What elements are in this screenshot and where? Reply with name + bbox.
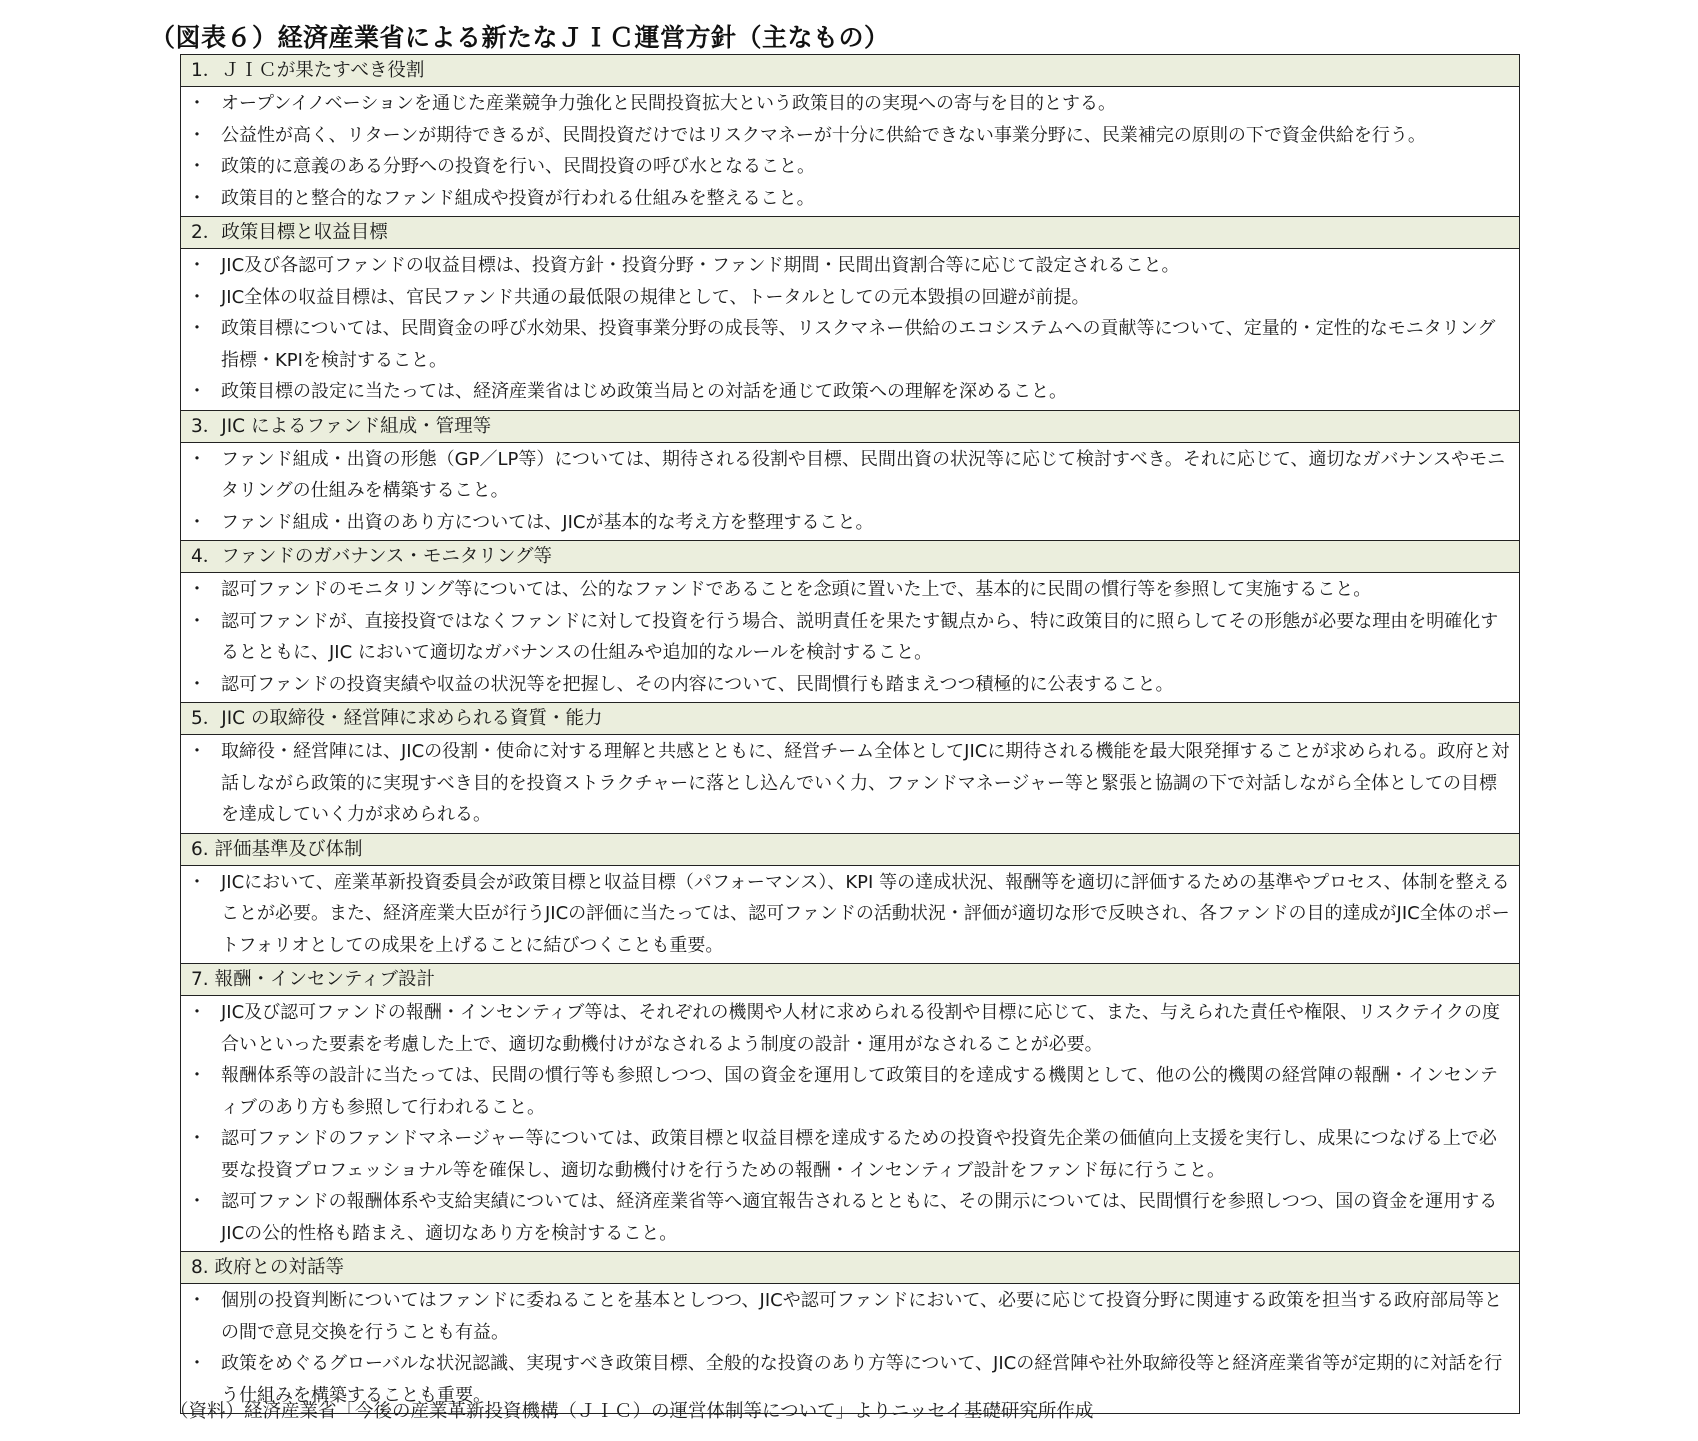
- bullet-icon: ・: [181, 120, 221, 152]
- list-item-text: 政策的に意義のある分野への投資を行い、民間投資の呼び水となること。: [221, 151, 1519, 183]
- list-item: ・認可ファンドのファンドマネージャー等については、政策目標と収益目標を達成するた…: [181, 1123, 1519, 1186]
- list-item: ・政策的に意義のある分野への投資を行い、民間投資の呼び水となること。: [181, 151, 1519, 183]
- bullet-icon: ・: [181, 151, 221, 183]
- list-item: ・取締役・経営陣には、JICの役割・使命に対する理解と共感とともに、経営チーム全…: [181, 736, 1519, 831]
- bullet-icon: ・: [181, 282, 221, 314]
- list-item-text: JICにおいて、産業革新投資委員会が政策目標と収益目標（パフォーマンス）、KPI…: [221, 867, 1519, 962]
- section-header: 8. 政府との対話等: [181, 1251, 1519, 1284]
- list-item: ・認可ファンドの報酬体系や支給実績については、経済産業省等へ適宜報告されるととも…: [181, 1186, 1519, 1249]
- source-note: （資料）経済産業省「今後の産業革新投資機構（ＪＩＣ）の運営体制等について」よりニ…: [170, 1397, 1093, 1423]
- list-item-text: 政策目標については、民間資金の呼び水効果、投資事業分野の成長等、リスクマネー供給…: [221, 313, 1519, 376]
- list-item: ・ファンド組成・出資の形態（GP／LP等）については、期待される役割や目標、民間…: [181, 444, 1519, 507]
- bullet-icon: ・: [181, 444, 221, 507]
- section-body: ・オープンイノベーションを通じた産業競争力強化と民間投資拡大という政策目的の実現…: [181, 87, 1519, 216]
- list-item-text: JIC全体の収益目標は、官民ファンド共通の最低限の規律として、トータルとしての元…: [221, 282, 1519, 314]
- bullet-icon: ・: [181, 88, 221, 120]
- list-item: ・政策目的と整合的なファンド組成や投資が行われる仕組みを整えること。: [181, 183, 1519, 215]
- section-body: ・JIC及び認可ファンドの報酬・インセンティブ等は、それぞれの機関や人材に求めら…: [181, 996, 1519, 1251]
- section-header: 2．政策目標と収益目標: [181, 216, 1519, 249]
- section-header: 1．ＪＩＣが果たすべき役割: [181, 55, 1519, 87]
- bullet-icon: ・: [181, 606, 221, 669]
- bullet-icon: ・: [181, 867, 221, 962]
- bullet-icon: ・: [181, 1123, 221, 1186]
- list-item: ・政策目標の設定に当たっては、経済産業省はじめ政策当局との対話を通じて政策への理…: [181, 376, 1519, 408]
- bullet-icon: ・: [181, 669, 221, 701]
- list-item: ・ファンド組成・出資のあり方については、JICが基本的な考え方を整理すること。: [181, 507, 1519, 539]
- list-item-text: ファンド組成・出資の形態（GP／LP等）については、期待される役割や目標、民間出…: [221, 444, 1519, 507]
- section-header: 6. 評価基準及び体制: [181, 833, 1519, 866]
- section-body: ・ファンド組成・出資の形態（GP／LP等）については、期待される役割や目標、民間…: [181, 443, 1519, 541]
- bullet-icon: ・: [181, 507, 221, 539]
- list-item-text: 認可ファンドのファンドマネージャー等については、政策目標と収益目標を達成するため…: [221, 1123, 1519, 1186]
- list-item-text: 認可ファンドの投資実績や収益の状況等を把握し、その内容について、民間慣行も踏まえ…: [221, 669, 1519, 701]
- list-item: ・認可ファンドの投資実績や収益の状況等を把握し、その内容について、民間慣行も踏ま…: [181, 669, 1519, 701]
- list-item: ・認可ファンドが、直接投資ではなくファンドに対して投資を行う場合、説明責任を果た…: [181, 606, 1519, 669]
- list-item: ・政策目標については、民間資金の呼び水効果、投資事業分野の成長等、リスクマネー供…: [181, 313, 1519, 376]
- bullet-icon: ・: [181, 574, 221, 606]
- section-header: 5．JIC の取締役・経営陣に求められる資質・能力: [181, 702, 1519, 735]
- section-body: ・認可ファンドのモニタリング等については、公的なファンドであることを念頭に置いた…: [181, 573, 1519, 702]
- section-body: ・JICにおいて、産業革新投資委員会が政策目標と収益目標（パフォーマンス）、KP…: [181, 866, 1519, 964]
- bullet-icon: ・: [181, 376, 221, 408]
- bullet-icon: ・: [181, 250, 221, 282]
- section-header: 7. 報酬・インセンティブ設計: [181, 963, 1519, 996]
- section-body: ・取締役・経営陣には、JICの役割・使命に対する理解と共感とともに、経営チーム全…: [181, 735, 1519, 833]
- list-item-text: 取締役・経営陣には、JICの役割・使命に対する理解と共感とともに、経営チーム全体…: [221, 736, 1519, 831]
- policy-table: 1．ＪＩＣが果たすべき役割・オープンイノベーションを通じた産業競争力強化と民間投…: [180, 54, 1520, 1414]
- list-item: ・JIC全体の収益目標は、官民ファンド共通の最低限の規律として、トータルとしての…: [181, 282, 1519, 314]
- bullet-icon: ・: [181, 183, 221, 215]
- list-item: ・個別の投資判断についてはファンドに委ねることを基本としつつ、JICや認可ファン…: [181, 1285, 1519, 1348]
- list-item-text: 報酬体系等の設計に当たっては、民間の慣行等も参照しつつ、国の資金を運用して政策目…: [221, 1060, 1519, 1123]
- bullet-icon: ・: [181, 1060, 221, 1123]
- bullet-icon: ・: [181, 736, 221, 831]
- section-header: 3．JIC によるファンド組成・管理等: [181, 410, 1519, 443]
- list-item-text: 政策目的と整合的なファンド組成や投資が行われる仕組みを整えること。: [221, 183, 1519, 215]
- list-item: ・JIC及び各認可ファンドの収益目標は、投資方針・投資分野・ファンド期間・民間出…: [181, 250, 1519, 282]
- section-header: 4．ファンドのガバナンス・モニタリング等: [181, 540, 1519, 573]
- list-item: ・認可ファンドのモニタリング等については、公的なファンドであることを念頭に置いた…: [181, 574, 1519, 606]
- list-item-text: 認可ファンドの報酬体系や支給実績については、経済産業省等へ適宜報告されるとともに…: [221, 1186, 1519, 1249]
- list-item: ・JICにおいて、産業革新投資委員会が政策目標と収益目標（パフォーマンス）、KP…: [181, 867, 1519, 962]
- list-item-text: ファンド組成・出資のあり方については、JICが基本的な考え方を整理すること。: [221, 507, 1519, 539]
- bullet-icon: ・: [181, 997, 221, 1060]
- section-body: ・個別の投資判断についてはファンドに委ねることを基本としつつ、JICや認可ファン…: [181, 1284, 1519, 1413]
- list-item-text: 公益性が高く、リターンが期待できるが、民間投資だけではリスクマネーが十分に供給で…: [221, 120, 1519, 152]
- bullet-icon: ・: [181, 1285, 221, 1348]
- list-item-text: 個別の投資判断についてはファンドに委ねることを基本としつつ、JICや認可ファンド…: [221, 1285, 1519, 1348]
- section-body: ・JIC及び各認可ファンドの収益目標は、投資方針・投資分野・ファンド期間・民間出…: [181, 249, 1519, 410]
- list-item: ・オープンイノベーションを通じた産業競争力強化と民間投資拡大という政策目的の実現…: [181, 88, 1519, 120]
- list-item-text: 認可ファンドのモニタリング等については、公的なファンドであることを念頭に置いた上…: [221, 574, 1519, 606]
- list-item-text: 政策目標の設定に当たっては、経済産業省はじめ政策当局との対話を通じて政策への理解…: [221, 376, 1519, 408]
- list-item-text: JIC及び認可ファンドの報酬・インセンティブ等は、それぞれの機関や人材に求められ…: [221, 997, 1519, 1060]
- list-item-text: JIC及び各認可ファンドの収益目標は、投資方針・投資分野・ファンド期間・民間出資…: [221, 250, 1519, 282]
- bullet-icon: ・: [181, 313, 221, 376]
- bullet-icon: ・: [181, 1186, 221, 1249]
- list-item: ・報酬体系等の設計に当たっては、民間の慣行等も参照しつつ、国の資金を運用して政策…: [181, 1060, 1519, 1123]
- list-item-text: 認可ファンドが、直接投資ではなくファンドに対して投資を行う場合、説明責任を果たす…: [221, 606, 1519, 669]
- list-item: ・公益性が高く、リターンが期待できるが、民間投資だけではリスクマネーが十分に供給…: [181, 120, 1519, 152]
- list-item-text: オープンイノベーションを通じた産業競争力強化と民間投資拡大という政策目的の実現へ…: [221, 88, 1519, 120]
- page-title: （図表６）経済産業省による新たなＪＩＣ運営方針（主なもの）: [150, 18, 890, 54]
- list-item: ・JIC及び認可ファンドの報酬・インセンティブ等は、それぞれの機関や人材に求めら…: [181, 997, 1519, 1060]
